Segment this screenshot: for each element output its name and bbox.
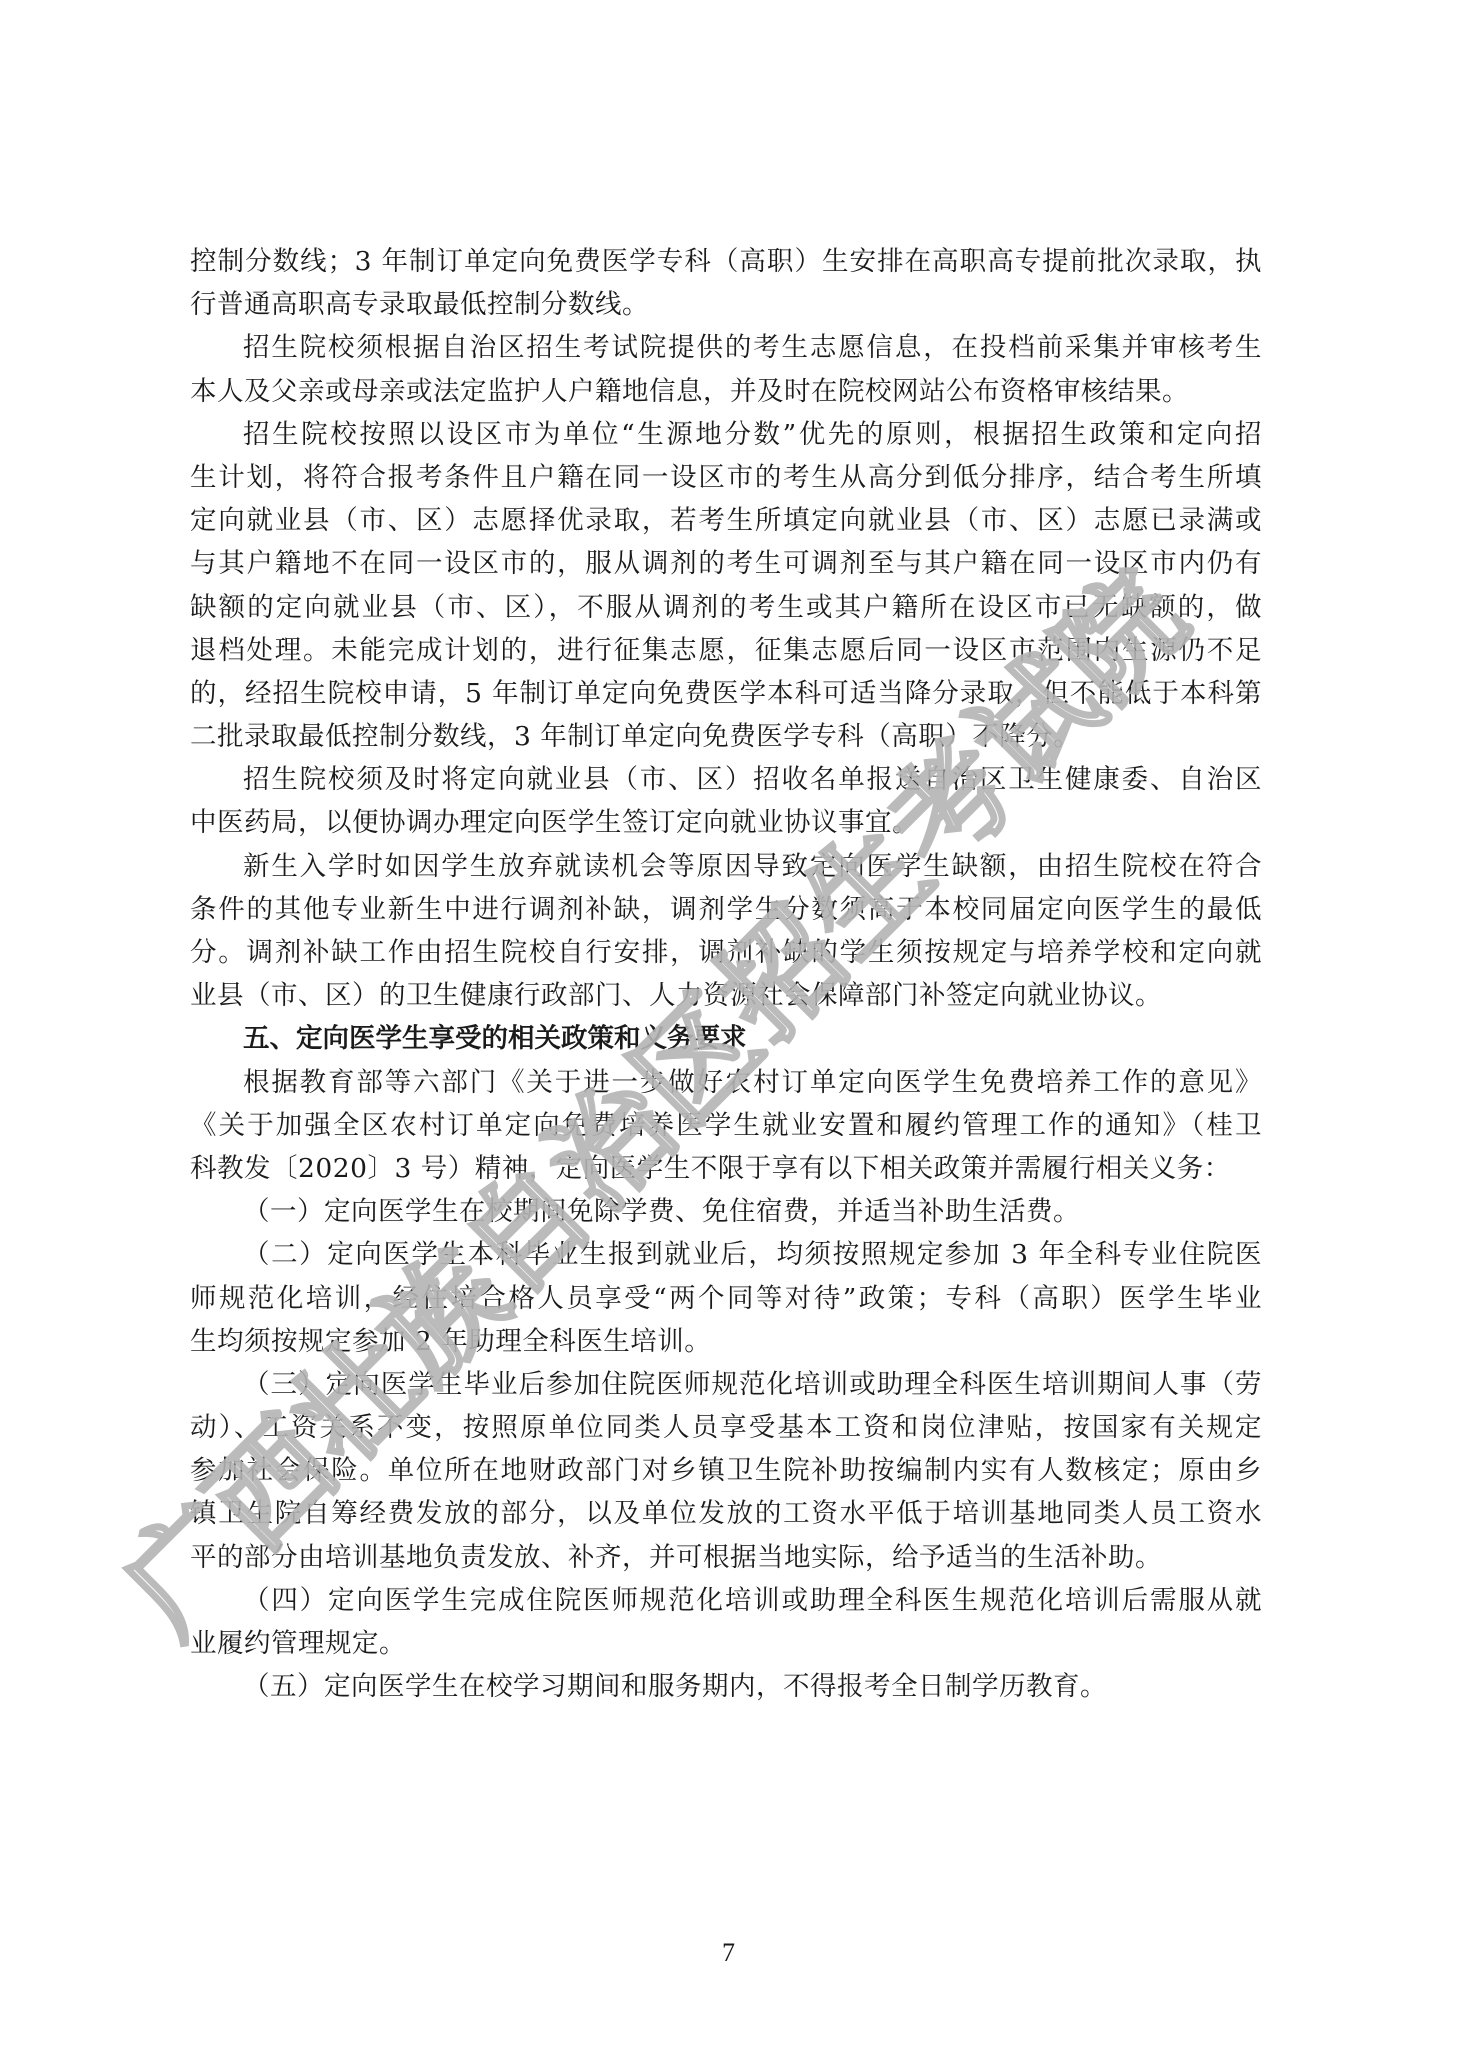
paragraph-line: （二）定向医学生本科毕业生报到就业后，均须按照规定参加 3 年全科专业住院医 bbox=[190, 1233, 1262, 1276]
paragraph-line: 招生院校须根据自治区招生考试院提供的考生志愿信息，在投档前采集并审核考生 bbox=[190, 326, 1262, 369]
section-heading: 五、定向医学生享受的相关政策和义务要求 bbox=[190, 1017, 1262, 1060]
page-number: 7 bbox=[0, 1938, 1457, 1968]
paragraph-line: （四）定向医学生完成住院医师规范化培训或助理全科医生规范化培训后需服从就 bbox=[190, 1579, 1262, 1622]
paragraph-line: 根据教育部等六部门《关于进一步做好农村订单定向医学生免费培养工作的意见》 bbox=[190, 1061, 1262, 1104]
paragraph-line: 参加社会保险。单位所在地财政部门对乡镇卫生院补助按编制内实有人数核定；原由乡 bbox=[190, 1449, 1262, 1492]
paragraph-line: 新生入学时如因学生放弃就读机会等原因导致定向医学生缺额，由招生院校在符合 bbox=[190, 845, 1262, 888]
document-body: 控制分数线；3 年制订单定向免费医学专科（高职）生安排在高职高专提前批次录取，执… bbox=[190, 240, 1262, 1708]
paragraph-line: 招生院校须及时将定向就业县（市、区）招收名单报送自治区卫生健康委、自治区 bbox=[190, 758, 1262, 801]
paragraph-line: 与其户籍地不在同一设区市的，服从调剂的考生可调剂至与其户籍在同一设区市内仍有 bbox=[190, 542, 1262, 585]
paragraph-line: （五）定向医学生在校学习期间和服务期内，不得报考全日制学历教育。 bbox=[190, 1665, 1262, 1708]
paragraph-line: 业履约管理规定。 bbox=[190, 1622, 1262, 1665]
paragraph-line: 招生院校按照以设区市为单位“生源地分数”优先的原则，根据招生政策和定向招 bbox=[190, 413, 1262, 456]
paragraph-line: 退档处理。未能完成计划的，进行征集志愿，征集志愿后同一设区市范围内生源仍不足 bbox=[190, 629, 1262, 672]
paragraph-line: 的，经招生院校申请，5 年制订单定向免费医学本科可适当降分录取，但不能低于本科第 bbox=[190, 672, 1262, 715]
paragraph-line: 动）、工资关系不变，按照原单位同类人员享受基本工资和岗位津贴，按国家有关规定 bbox=[190, 1406, 1262, 1449]
paragraph-line: 中医药局，以便协调办理定向医学生签订定向就业协议事宜。 bbox=[190, 801, 1262, 844]
paragraph-line: 分。调剂补缺工作由招生院校自行安排，调剂补缺的学生须按规定与培养学校和定向就 bbox=[190, 931, 1262, 974]
paragraph-line: （一）定向医学生在校期间免除学费、免住宿费，并适当补助生活费。 bbox=[190, 1190, 1262, 1233]
paragraph-line: 生计划，将符合报考条件且户籍在同一设区市的考生从高分到低分排序，结合考生所填 bbox=[190, 456, 1262, 499]
paragraph-line: 二批录取最低控制分数线，3 年制订单定向免费医学专科（高职）不降分。 bbox=[190, 715, 1262, 758]
paragraph-line: 镇卫生院自筹经费发放的部分，以及单位发放的工资水平低于培训基地同类人员工资水 bbox=[190, 1492, 1262, 1535]
paragraph-line: 科教发〔2020〕3 号）精神，定向医学生不限于享有以下相关政策并需履行相关义务… bbox=[190, 1147, 1262, 1190]
paragraph-line: 师规范化培训，经住培合格人员享受“两个同等对待”政策；专科（高职）医学生毕业 bbox=[190, 1277, 1262, 1320]
document-page: 控制分数线；3 年制订单定向免费医学专科（高职）生安排在高职高专提前批次录取，执… bbox=[0, 0, 1457, 2047]
paragraph-line: 条件的其他专业新生中进行调剂补缺，调剂学生分数须高于本校同届定向医学生的最低 bbox=[190, 888, 1262, 931]
paragraph-line: （三）定向医学生毕业后参加住院医师规范化培训或助理全科医生培训期间人事（劳 bbox=[190, 1363, 1262, 1406]
paragraph-line: 本人及父亲或母亲或法定监护人户籍地信息，并及时在院校网站公布资格审核结果。 bbox=[190, 370, 1262, 413]
paragraph-line: 生均须按规定参加 2 年助理全科医生培训。 bbox=[190, 1320, 1262, 1363]
paragraph-line: 《关于加强全区农村订单定向免费培养医学生就业安置和履约管理工作的通知》（桂卫 bbox=[190, 1104, 1262, 1147]
paragraph-line: 控制分数线；3 年制订单定向免费医学专科（高职）生安排在高职高专提前批次录取，执 bbox=[190, 240, 1262, 283]
paragraph-line: 行普通高职高专录取最低控制分数线。 bbox=[190, 283, 1262, 326]
paragraph-line: 缺额的定向就业县（市、区），不服从调剂的考生或其户籍所在设区市已无缺额的，做 bbox=[190, 586, 1262, 629]
paragraph-line: 业县（市、区）的卫生健康行政部门、人力资源社会保障部门补签定向就业协议。 bbox=[190, 974, 1262, 1017]
paragraph-line: 定向就业县（市、区）志愿择优录取，若考生所填定向就业县（市、区）志愿已录满或 bbox=[190, 499, 1262, 542]
paragraph-line: 平的部分由培训基地负责发放、补齐，并可根据当地实际，给予适当的生活补助。 bbox=[190, 1536, 1262, 1579]
